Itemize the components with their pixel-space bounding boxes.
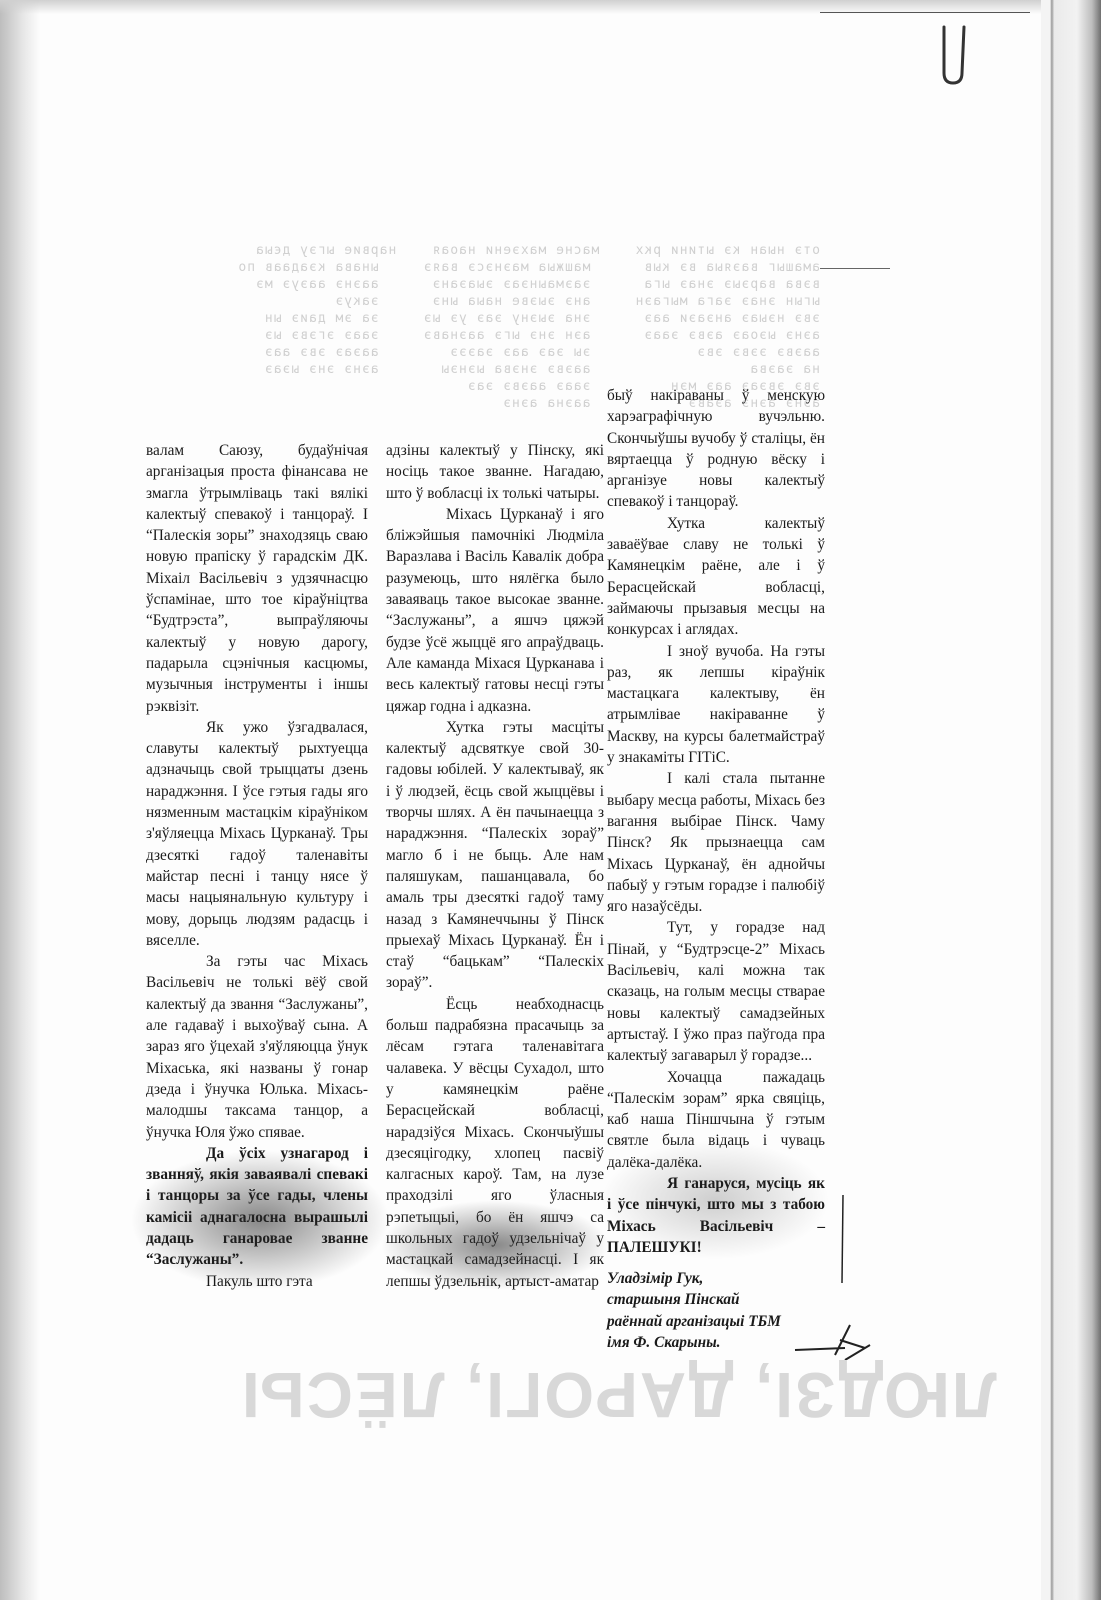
paragraph: І калі стала пытанне выбару месца работы… — [607, 768, 825, 917]
top-rule — [820, 12, 1030, 13]
article-column-2: адзіны калектыў у Пінску, які носіць так… — [386, 440, 604, 1292]
paragraph: адзіны калектыў у Пінску, які носіць так… — [386, 440, 604, 504]
paragraph: Ёсць неабходнасць больш падрабязна праса… — [386, 994, 604, 1292]
article-column-1: валам Саюзу, будаўнічая арганізацыя прос… — [146, 440, 368, 1292]
paragraph: Хутка гэты масціты калектыў адсвяткуе св… — [386, 717, 604, 994]
pen-mark — [838, 1195, 848, 1285]
paragraph: За гэты час Міхась Васільевіч не толькі … — [146, 951, 368, 1143]
scan-right-edge — [1041, 0, 1101, 1600]
paragraph: Пакуль што гэта — [146, 1271, 368, 1292]
side-rule — [820, 268, 890, 269]
paragraph: Хутка калектыў заваёўвае славу не толькі… — [607, 513, 825, 641]
paragraph-bold: Я ганаруся, мусіць як і ўсе пінчукі, што… — [607, 1173, 825, 1258]
paragraph: Тут, у горадзе над Пінай, у “Будтрэсце-2… — [607, 917, 825, 1066]
paragraph: І зноў вучоба. На гэты раз, як лепшы кір… — [607, 641, 825, 769]
paragraph: Як ужо ўзгадвалася, славуты калектыў рых… — [146, 717, 368, 951]
paragraph: валам Саюзу, будаўнічая арганізацыя прос… — [146, 440, 368, 717]
paragraph: Хочацца пажадаць “Палескім зорам” ярка с… — [607, 1067, 825, 1173]
paragraph: Міхась Цурканаў і яго бліжэйшыя памочнік… — [386, 504, 604, 717]
paragraph: быў накіраваны ў менскую харэаграфічную … — [607, 385, 825, 513]
author-title: старшыня Пінскай — [607, 1289, 825, 1310]
paperclip-icon — [940, 25, 970, 85]
paragraph-bold: Да ўсіх узнагарод і званняў, якія заваяв… — [146, 1143, 368, 1271]
scan-left-shadow — [0, 0, 40, 1600]
bleed-through-headline: ЛЮДЗІ, ДАРОГІ, ЛЁСЫ — [240, 1358, 997, 1432]
article-column-3: быў накіраваны ў менскую харэаграфічную … — [607, 385, 825, 1353]
author-name: Уладзімір Гук, — [607, 1268, 825, 1289]
